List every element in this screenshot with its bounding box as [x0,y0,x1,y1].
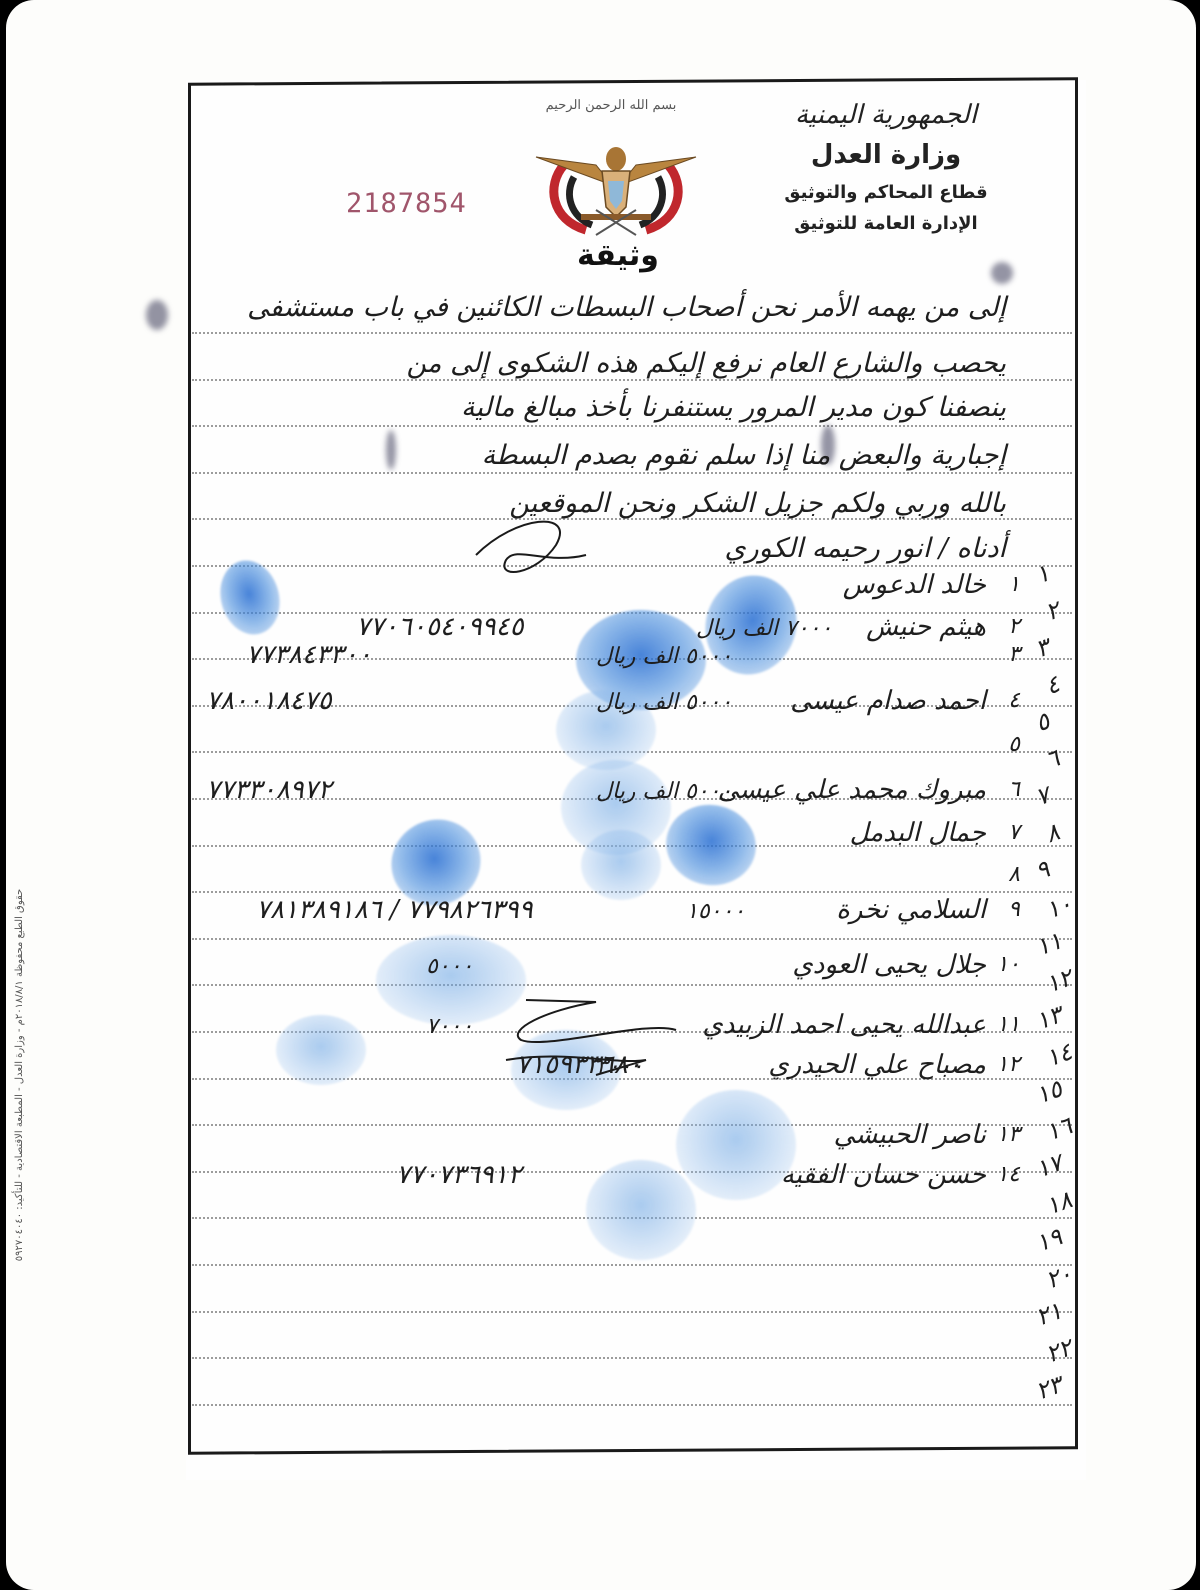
phone-number: ٧٧٠٧٣٦٩١٢ [396,1160,522,1190]
paid-amount: ٧٠٠٠ [426,1014,473,1039]
ruled-line [192,425,1072,427]
signatory-row: ١٤حسن حسان الفقيه٧٧٠٧٣٦٩١٢ [196,1160,1016,1200]
signatory-row: ٣٥٠٠٠ الف ريال٧٧٣٨٤٣٣٠٠ [196,640,1016,680]
signatory-row: ١٢مصباح علي الحيدري٣٠٠٠٧١٥٩٣٣٦٨٠ [196,1050,1016,1090]
signatory-row: ١١عبدالله يحيى احمد الزبيدي٧٠٠٠ [196,1010,1016,1050]
paid-amount: ٥٠٠٠ الف ريال [596,779,732,804]
signatory-name: خالد الدعوس [843,570,986,600]
ruled-line [192,938,1072,940]
ruled-line [192,472,1072,474]
signatory-name: مبروك محمد علي عيسى [718,775,986,805]
body-line-6: أدناه / انور رحيمه الكوري [724,533,1006,564]
margin-number: ٤ [1042,670,1064,701]
margin-number: ٩ [1032,855,1054,886]
ruled-line [192,1311,1072,1313]
signatory-name: السلامي نخرة [836,895,986,925]
margin-number: ٥ [1032,707,1054,738]
signatory-name: حسن حسان الفقيه [781,1160,986,1190]
ruled-line [192,1404,1072,1406]
phone-number: ٧٧٣٨٤٣٣٠٠ [246,640,372,670]
signatory-row: ٩السلامي نخرة١٥٠٠٠٧٧٩٨٢٦٣٩٩ / ٧٨١٣٨٩١٨٦ [196,895,1016,935]
ink-smudge [386,430,396,470]
margin-number: ٢٠ [1042,1259,1076,1294]
serial-number: 2187854 [346,188,467,219]
margin-number: ١٨ [1042,1185,1076,1220]
document-title: وثيقة [558,238,678,273]
body-line-3: ينصفنا كون مدير المرور يستنفرنا بأخذ مبا… [461,392,1006,423]
signatory-name: هيثم حنيش [866,612,986,642]
margin-number: ٨ [1042,818,1064,849]
margin-number: ١١ [1032,926,1066,961]
ruled-line [192,1357,1072,1359]
signatory-name: عبدالله يحيى احمد الزبيدي [702,1010,986,1040]
paid-amount: ١٥٠٠٠ [686,899,745,924]
phone-number: ٧٧٩٨٢٦٣٩٩ / ٧٨١٣٨٩١٨٦ [256,895,533,925]
ink-smudge [991,262,1013,284]
signatory-name: مصباح علي الحيدري [768,1050,986,1080]
letterhead: الجمهورية اليمنية وزارة العدل قطاع المحا… [756,100,1016,234]
signatory-name: جمال البدمل [850,818,986,848]
margin-number: ١٤ [1042,1037,1076,1072]
yemen-eagle-emblem-icon [526,125,706,245]
margin-number: ٢١ [1032,1296,1066,1331]
sector-name: قطاع المحاكم والتوثيق [756,182,1016,203]
margin-number: ١٧ [1032,1148,1066,1183]
ruled-line [192,332,1072,334]
margin-number: ١٢ [1042,963,1076,998]
margin-number: ٢٣ [1032,1370,1066,1405]
margin-number: ١٩ [1032,1222,1066,1257]
body-line-1: إلى من يهمه الأمر نحن أصحاب البسطات الكا… [247,292,1006,323]
department-name: الإدارة العامة للتوثيق [756,213,1016,234]
phone-number: ٧٧٠٦٠٥٤٠٩٩٤٥ [356,612,524,642]
margin-number: ١ [1032,559,1054,590]
phone-number: ٧٧٣٣٠٨٩٧٢ [206,775,332,805]
signatory-row: ٥ [196,730,1016,770]
ministry-name: وزارة العدل [756,140,1016,170]
signatory-row: ١٣ناصر الحبيشي [196,1120,1016,1160]
body-line-4: إجبارية والبعض منا إذا سلم نقوم بصدم الب… [482,440,1006,471]
body-line-2: يحصب والشارع العام نرفع إليكم هذه الشكوى… [406,348,1006,379]
signatory-name: احمد صدام عيسى [790,686,986,716]
margin-number: ١٣ [1032,1000,1066,1035]
phone-number: ٧١٥٩٣٣٦٨٠ [516,1050,642,1080]
margin-number: ١٦ [1042,1111,1076,1146]
margin-line-numbers: ١٢٣٤٥٦٧٨٩١٠١١١٢١٣١٤١٥١٦١٧١٨١٩٢٠٢١٢٢٢٣ [1006,560,1116,1460]
margin-number: ٢٢ [1042,1333,1076,1368]
signatory-row: ٤احمد صدام عيسى٥٠٠٠ الف ريال٧٨٠٠١٨٤٧٥ [196,686,1016,726]
signatory-name: جلال يحيى العودي [792,950,986,980]
basmala: بسم الله الرحمن الرحيم [526,98,696,113]
margin-number: ٦ [1042,744,1064,775]
paid-amount: ٥٠٠٠ [426,954,473,979]
margin-number: ١٥ [1032,1074,1066,1109]
signatory-row: ٨ [196,860,1016,900]
signatory-name: ناصر الحبيشي [834,1120,986,1150]
phone-number: ٧٨٠٠١٨٤٧٥ [206,686,332,716]
ruled-line [192,565,1072,567]
margin-number: ٧ [1032,781,1054,812]
margin-number: ٢ [1042,596,1064,627]
document-photo: الجمهورية اليمنية وزارة العدل قطاع المحا… [6,0,1196,1590]
signatory-row: ١خالد الدعوس [196,570,1016,610]
ink-smudge [146,300,168,330]
republic-name: الجمهورية اليمنية [756,100,1016,130]
ruled-line [192,1264,1072,1266]
paid-amount: ٥٠٠٠ الف ريال [596,690,732,715]
margin-number: ١٠ [1042,889,1076,924]
paid-amount: ٧٠٠٠ الف ريال [696,616,832,641]
signatory-row: ٦مبروك محمد علي عيسى٥٠٠٠ الف ريال٧٧٣٣٠٨٩… [196,775,1016,815]
margin-number: ٣ [1032,633,1054,664]
paid-amount: ٥٠٠٠ الف ريال [596,644,732,669]
signatory-row: ١٠جلال يحيى العودي٥٠٠٠ [196,950,1016,990]
signatory-row: ٧جمال البدمل [196,818,1016,858]
printing-note: حقوق الطبع محفوظة ٢٠١٨/٨/١م - وزارة العد… [14,840,25,1310]
